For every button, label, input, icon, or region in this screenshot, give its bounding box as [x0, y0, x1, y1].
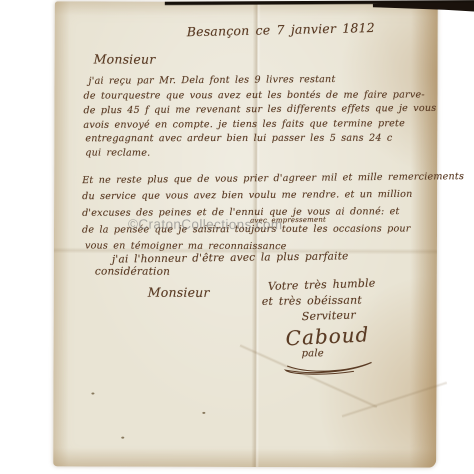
body-line: vous en témoigner ma reconnaissance — [85, 240, 287, 252]
body-line: avois envoyé en compte. je tiens les fai… — [83, 118, 405, 131]
closing-addressee: Monsieur — [148, 285, 210, 300]
body-line: Et ne reste plus que de vous prier d'agr… — [82, 171, 464, 186]
paper-top-dark-edge-wedge — [373, 2, 474, 17]
aged-letter-paper: Besançon ce 7 janvier 1812 Monsieur j'ai… — [53, 1, 438, 467]
body-line: de plus 45 f qui me revenant sur les dif… — [83, 103, 436, 116]
valediction-line: et très obéissant — [262, 294, 362, 308]
body-line: qui reclame. — [85, 147, 150, 158]
signature-flourish — [281, 352, 381, 378]
valediction-line: Votre très humble — [268, 277, 376, 293]
body-line: entregagnant avec ardeur bien lui passer… — [85, 133, 392, 145]
valediction-line: Serviteur — [302, 308, 356, 323]
dealer-watermark: ©CratonCollections.com — [128, 217, 283, 233]
foxing-speck — [121, 437, 124, 439]
foxing-speck — [202, 412, 205, 414]
closing-line: considération — [95, 265, 170, 277]
letter-salutation: Monsieur — [94, 51, 156, 66]
letter-dateline: Besançon ce 7 janvier 1812 — [187, 20, 375, 39]
letter-photograph: Besançon ce 7 janvier 1812 Monsieur j'ai… — [0, 0, 474, 474]
signature: Caboud — [285, 322, 370, 350]
body-line: de tourquestre que vous avez eut les bon… — [83, 89, 424, 101]
closing-line: j'ai l'honneur d'être avec la plus parfa… — [112, 250, 349, 265]
foxing-speck — [91, 392, 94, 394]
body-line: du service que vous avez bien voulu me r… — [82, 189, 412, 202]
body-line: j'ai reçu par Mr. Dela font les 9 livres… — [89, 74, 336, 87]
